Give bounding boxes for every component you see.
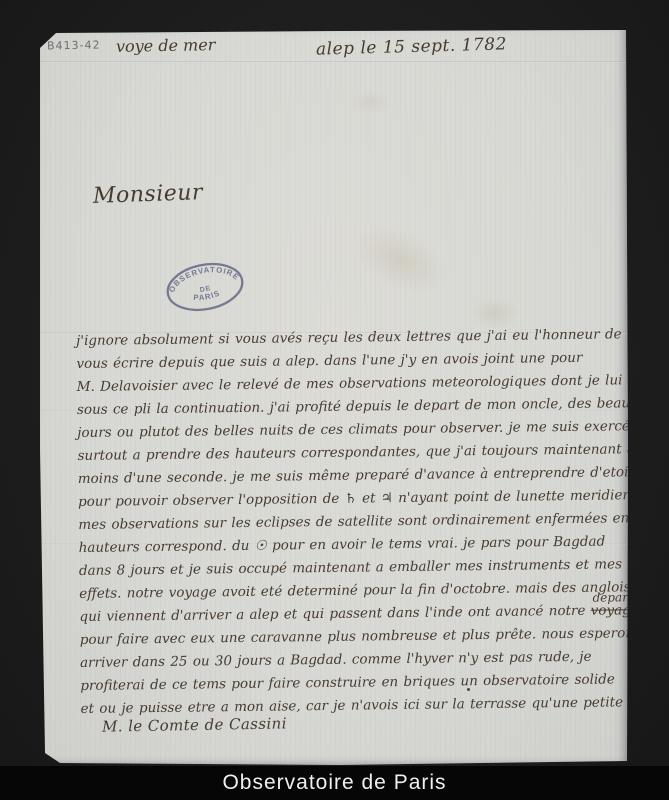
- line-text: profiterai de ce tems pour faire constru…: [80, 671, 615, 694]
- subject-note: voye de mer: [116, 35, 216, 56]
- line-text: hauteurs correspond. du ☉ pour en avoir …: [79, 534, 606, 556]
- line-text: moins d'une seconde. je me suis même pre…: [78, 464, 648, 487]
- line-text: qui viennent d'arriver a alep et qui pas…: [79, 603, 590, 625]
- fold-crease: [40, 61, 628, 63]
- addressee: M. le Comte de Cassini: [102, 714, 287, 735]
- line-text: M. Delavoisier avec le relevé de mes obs…: [77, 372, 669, 395]
- archive-number: B413-42: [47, 39, 101, 53]
- line-text: mes observations sur les eclipses de sat…: [78, 510, 669, 533]
- line-text: pour pouvoir observer l'opposition de ♄ …: [78, 487, 652, 510]
- line-text: jours ou plutot des belles nuits de ces …: [77, 418, 630, 441]
- line-text: arriver dans 25 ou 30 jours a Bagdad. co…: [80, 649, 592, 671]
- line-text: vous écrire depuis que suis a alep. dans…: [76, 350, 582, 372]
- line-text: surtout a prendre des hauteurs correspon…: [77, 441, 635, 464]
- paper-stain: [340, 85, 400, 119]
- photograph-background: B413-42 voye de mer alep le 15 sept. 178…: [0, 0, 669, 800]
- line-text: dans 8 jours et je suis occupé maintenan…: [79, 556, 622, 579]
- line-text: j'ignore absolument si vous avés reçu le…: [76, 326, 622, 349]
- caption-text: Observatoire de Paris: [222, 771, 446, 795]
- letter-body: j'ignore absolument si vous avés reçu le…: [76, 323, 633, 721]
- line-text: pour faire avec eux une caravanne plus n…: [80, 625, 641, 648]
- line-text: effets. notre voyage avoit eté determiné…: [79, 579, 631, 602]
- line-text: et ou je puisse etre a mon aise, car je …: [81, 694, 624, 717]
- edit-mark: voyagedepart: [591, 599, 639, 623]
- line-text: sous ce pli la continuation. j'ai profit…: [77, 395, 638, 418]
- letter-paper: B413-42 voye de mer alep le 15 sept. 178…: [40, 30, 628, 765]
- dateline: alep le 15 sept. 1782: [316, 34, 507, 59]
- paper-stain: [320, 194, 481, 326]
- observatory-stamp: OBSERVATOIRE DE PARIS: [160, 254, 250, 321]
- inserted-word: depart: [592, 586, 632, 609]
- caption-bar: Observatoire de Paris: [0, 766, 669, 800]
- salutation: Monsieur: [93, 180, 204, 209]
